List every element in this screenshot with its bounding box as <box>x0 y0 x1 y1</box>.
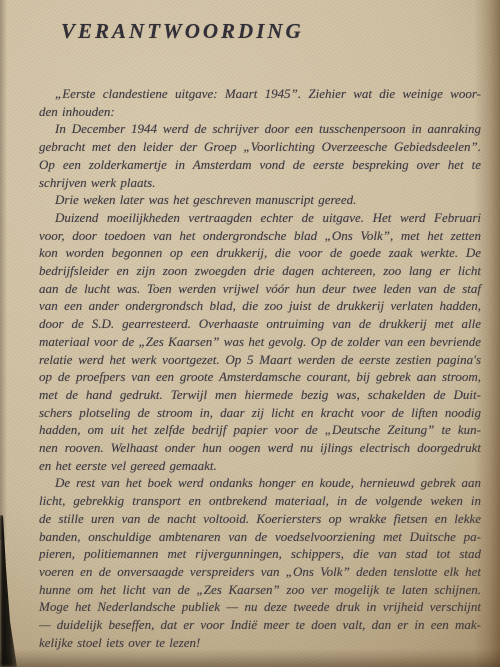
text-line: nen rooven. Welhaast onder hun oogen wer… <box>39 439 481 457</box>
text-line: van een ander ondergrondsch blad, die zo… <box>39 297 481 315</box>
text-line: licht, gebrekkig transport en ontbrekend… <box>39 492 481 510</box>
text-line: de stille uren van de nacht voltooid. Ko… <box>39 510 481 528</box>
text-line: — duidelijk beseffen, dat er voor Indië … <box>39 616 481 634</box>
text-line: en het eerste vel gereed gemaakt. <box>39 457 481 475</box>
text-line: De rest van het boek werd ondanks honger… <box>39 474 481 492</box>
page-body: „Eerste clandestiene uitgave: Maart 1945… <box>39 85 481 652</box>
left-edge-shadow <box>0 0 7 540</box>
page-title: VERANTWOORDING <box>61 19 304 44</box>
text-line: materiaal voor de „Zes Kaarsen” was het … <box>39 333 481 351</box>
text-line: aan de lucht was. Toen werden vrijwel vó… <box>39 280 481 298</box>
text-line: den inhouden: <box>39 103 481 121</box>
text-line: kelijke stoel iets over te lezen! <box>39 634 481 652</box>
text-line: voeren en de onversaagde verspreiders va… <box>39 563 481 581</box>
text-line: hadden, om uit het zelfde bedrijf papier… <box>39 421 481 439</box>
binding-corner-shadow <box>0 515 26 667</box>
text-line: bedrijfsleider en zijn zoon zwoegden dri… <box>39 262 481 280</box>
text-line: Moge het Nederlandsche publiek — nu deze… <box>39 598 481 616</box>
bottom-edge-shadow <box>0 649 500 667</box>
text-line: met de hand gedrukt. Terwijl men hiermed… <box>39 386 481 404</box>
text-line: Drie weken later was het geschreven manu… <box>39 191 481 209</box>
text-line: relatie werd het werk voortgezet. Op 5 M… <box>39 351 481 369</box>
text-line: voor, door toedoen van het ondergrondsch… <box>39 227 481 245</box>
text-line: In December 1944 werd de schrijver door … <box>39 120 481 138</box>
text-line: gebracht met den leider der Groep „Voorl… <box>39 138 481 156</box>
text-line: kon worden begonnen op een drukkerij, di… <box>39 244 481 262</box>
text-line: schers plotseling de stroom in, daar zij… <box>39 404 481 422</box>
text-line: hunne om het licht van de „Zes Kaarsen” … <box>39 581 481 599</box>
text-line: door de S.D. gearresteerd. Overhaaste on… <box>39 315 481 333</box>
text-line: schrijven werk plaats. <box>39 174 481 192</box>
book-page-photo: VERANTWOORDING „Eerste clandestiene uitg… <box>0 0 500 667</box>
text-line: pieren, politiemannen met rijvergunninge… <box>39 545 481 563</box>
text-line: op de proefpers van een groote Amsterdam… <box>39 368 481 386</box>
text-line: „Eerste clandestiene uitgave: Maart 1945… <box>39 85 481 103</box>
text-line: Op een zolderkamertje in Amsterdam vond … <box>39 156 481 174</box>
text-line: banden, onschuldige ambtenaren van de vo… <box>39 528 481 546</box>
text-line: Duizend moeilijkheden vertraagden echter… <box>39 209 481 227</box>
